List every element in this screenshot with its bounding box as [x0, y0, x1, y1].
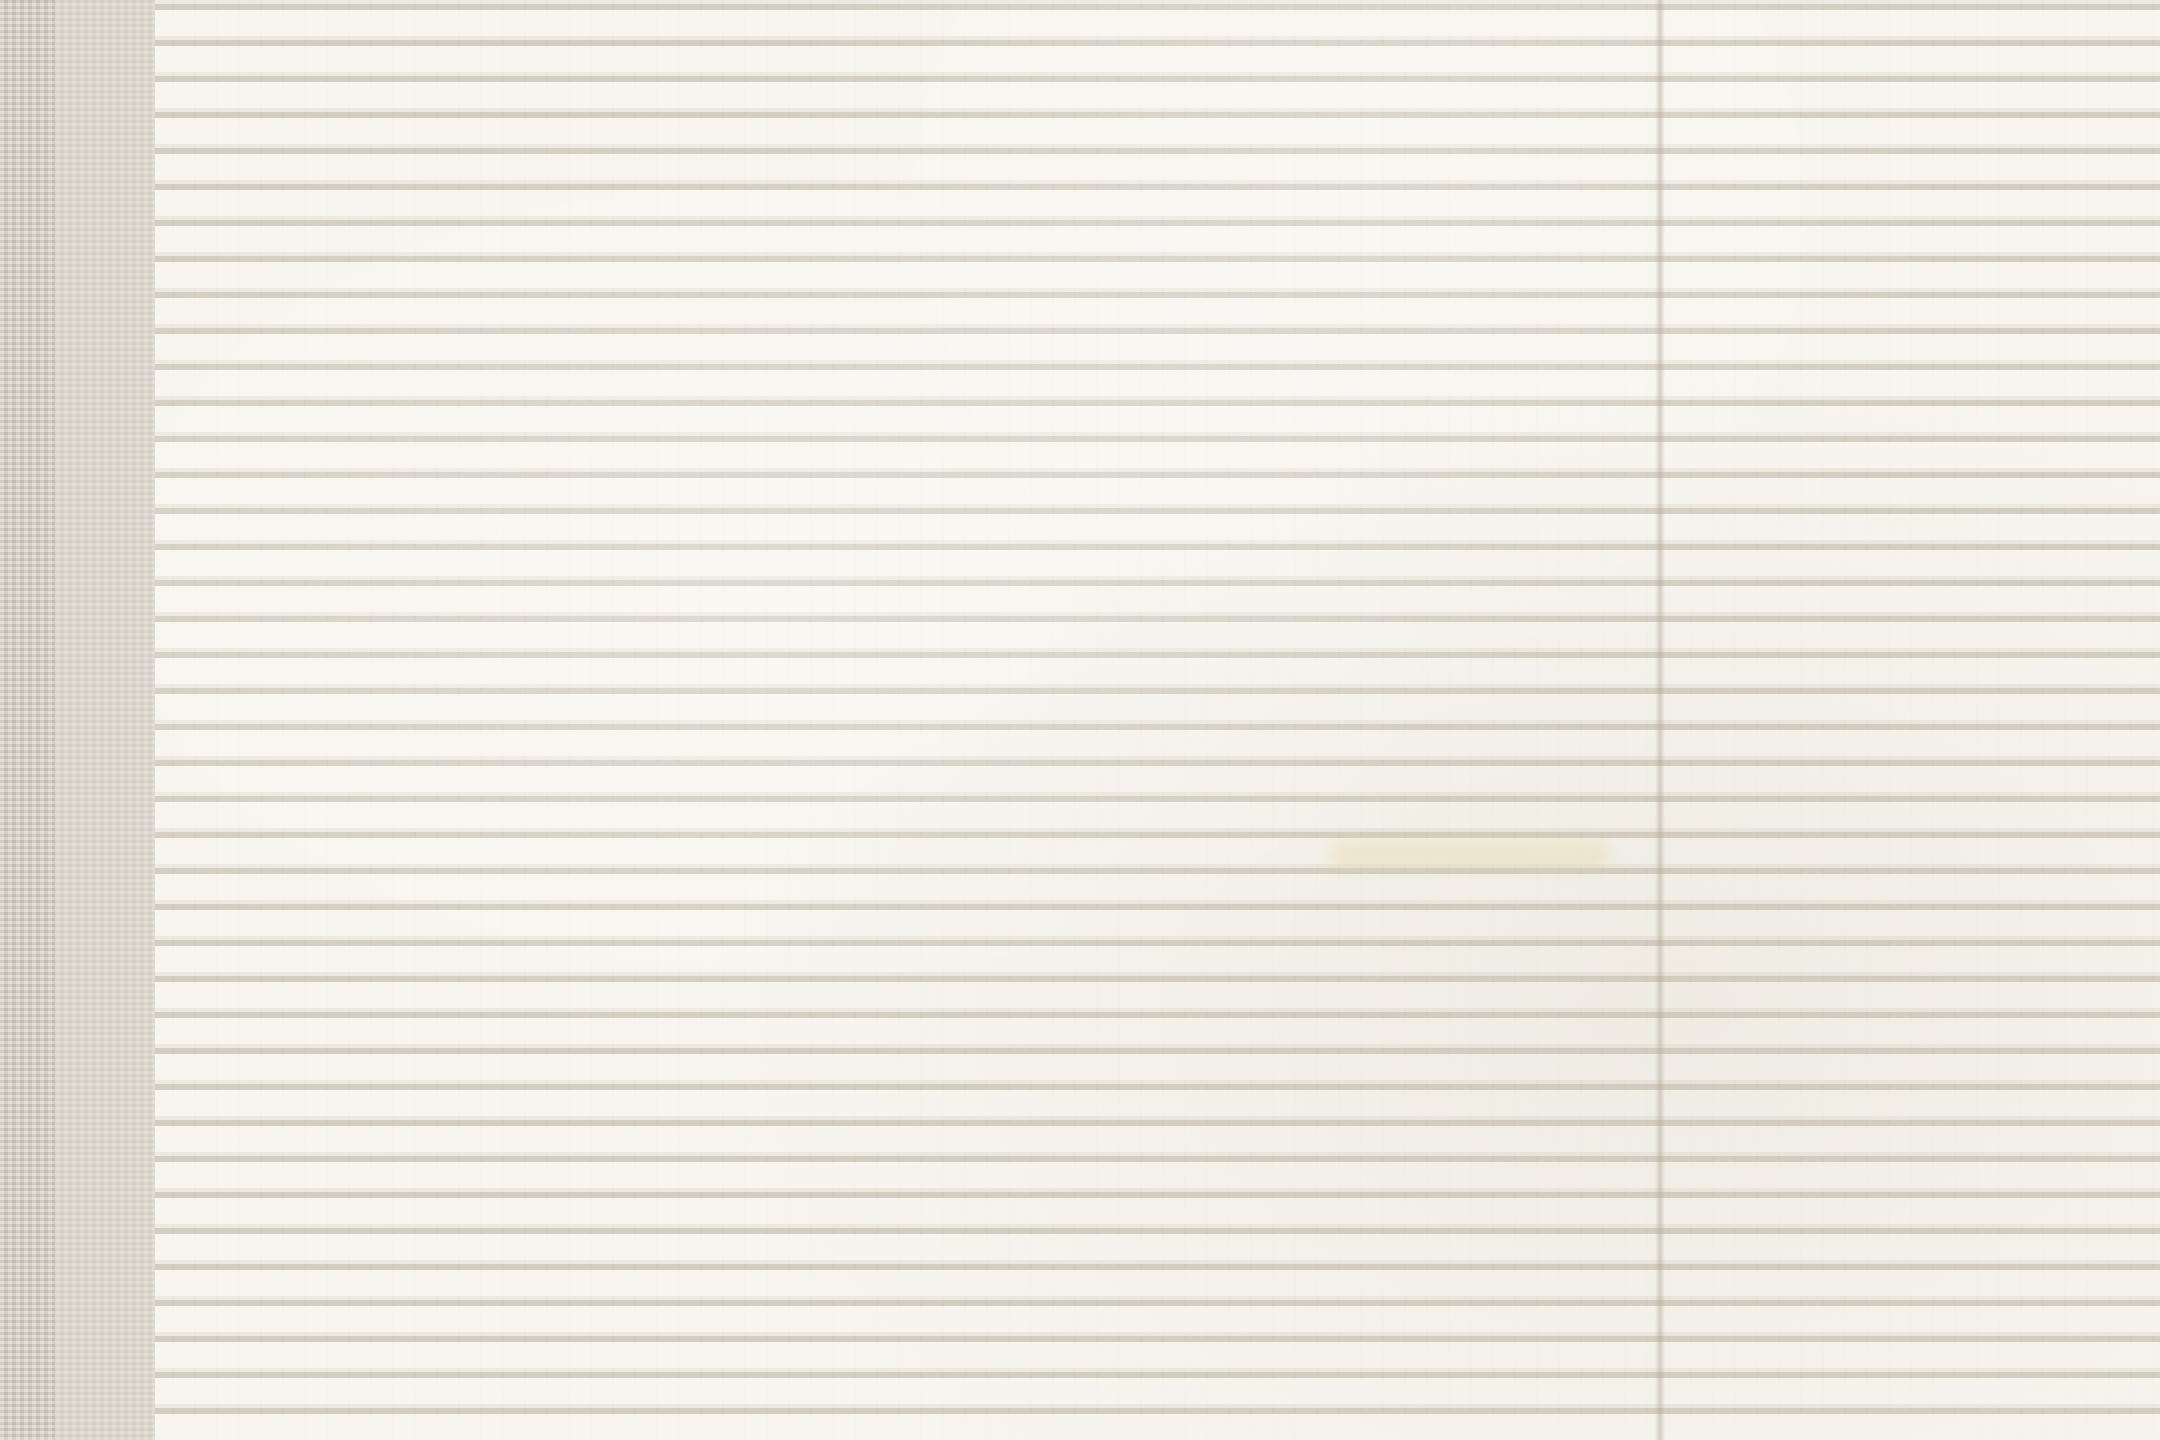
yellow-stain [1330, 840, 1610, 870]
rug-photo [0, 0, 2160, 1440]
pile-field [155, 0, 2160, 1440]
vertical-seam [1655, 0, 1665, 1440]
flatweave-inner-band [55, 0, 155, 1440]
